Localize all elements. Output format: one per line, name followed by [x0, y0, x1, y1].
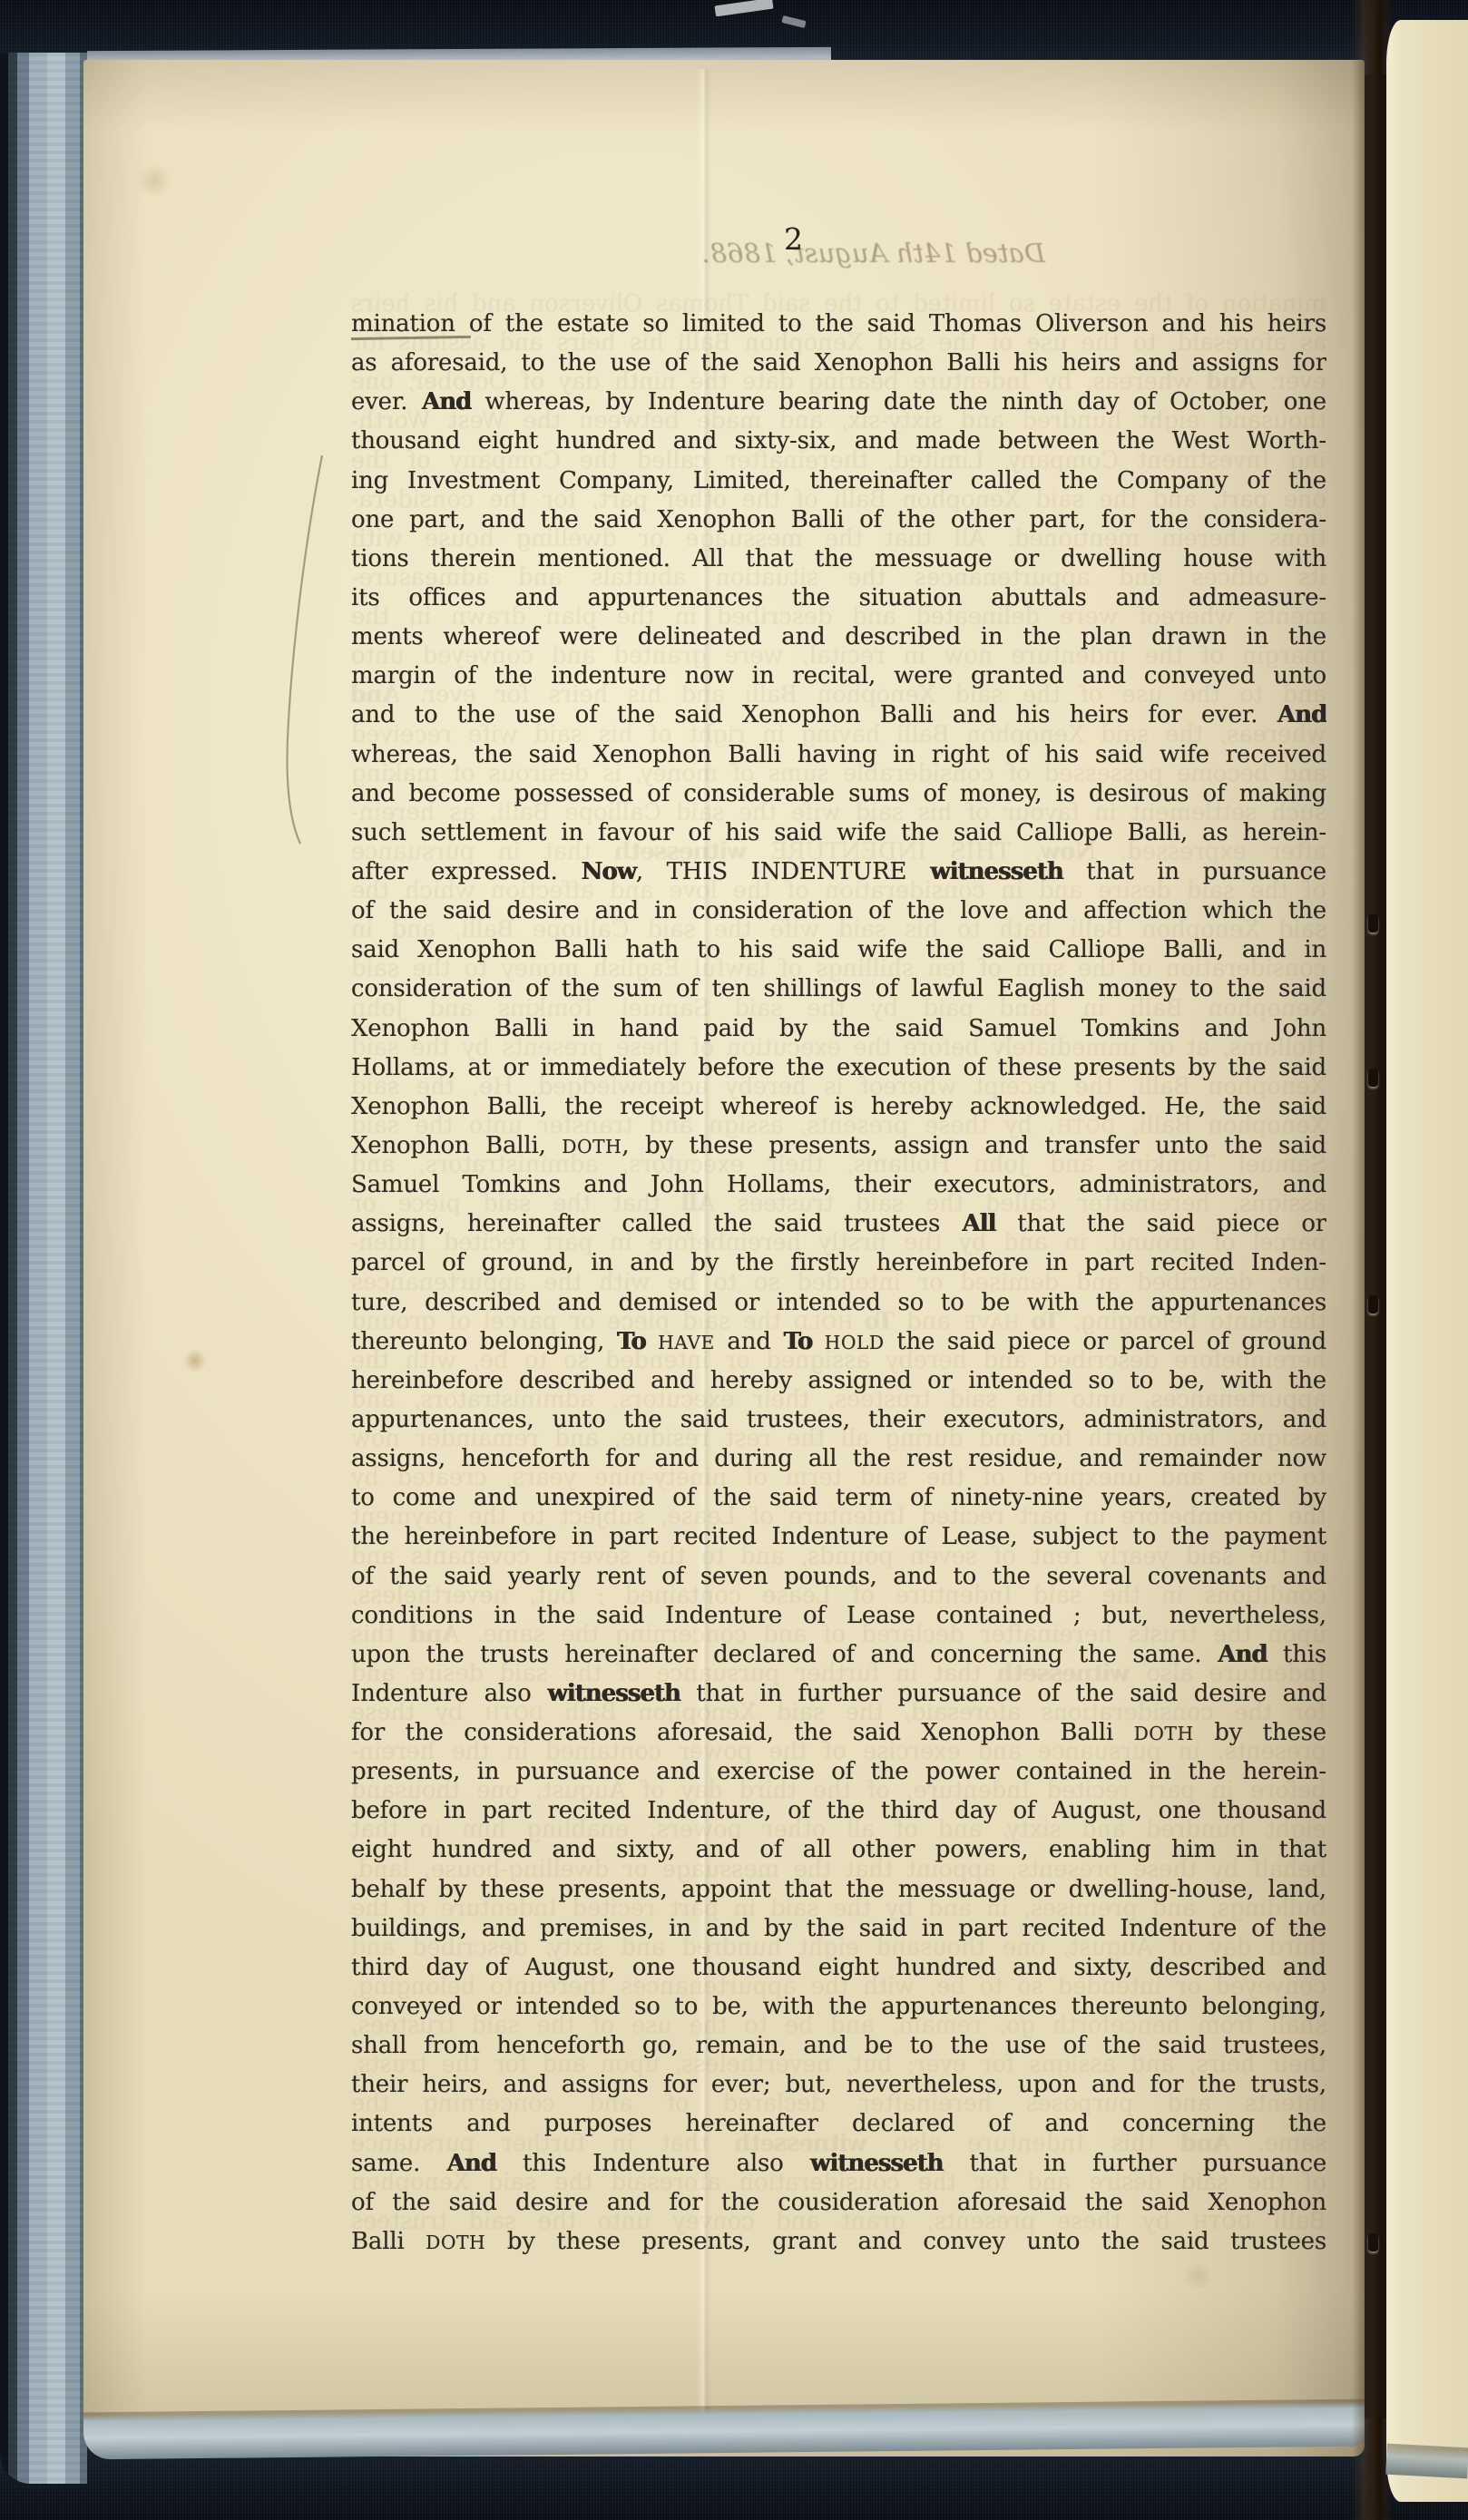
text-line: and to the use of the said Xenophon Ball…: [351, 696, 1326, 735]
text-line: before in part recited Indenture, of the…: [351, 1792, 1326, 1831]
text-line: its offices and appurtenances the situat…: [351, 579, 1326, 618]
page-edge-stack-left: [0, 53, 87, 2484]
text-line: third day of August, one thousand eight …: [351, 1949, 1326, 1988]
text-line: ever. And whereas, by Indenture bearing …: [351, 383, 1326, 422]
text-line: ments whereof were delineated and descri…: [351, 618, 1326, 657]
text-line: such settlement in favour of his said wi…: [351, 814, 1326, 853]
text-line: Hollams, at or immediately before the ex…: [351, 1049, 1326, 1088]
text-line: said Xenophon Balli hath to his said wif…: [351, 931, 1326, 970]
book-scan: Dated 14th August, 1868. 2 mination of t…: [0, 0, 1468, 2520]
paper-stain: [1179, 2264, 1216, 2288]
text-line: thereunto belonging, To HAVE and To HOLD…: [351, 1323, 1326, 1362]
text-line: conditions in the said Indenture of Leas…: [351, 1597, 1326, 1636]
text-line: margin of the indenture now in recital, …: [351, 657, 1326, 696]
text-line: Balli DOTH by these presents, grant and …: [351, 2222, 1326, 2261]
facing-page-sliver: [1386, 20, 1468, 2502]
text-line: to come and unexpired of the said term o…: [351, 1479, 1326, 1518]
document-page: Dated 14th August, 1868. 2 mination of t…: [83, 60, 1365, 2457]
text-line: thousand eight hundred and sixty-six, an…: [351, 422, 1326, 461]
text-line: one part, and the said Xenophon Balli of…: [351, 501, 1326, 540]
document-lines: mination of the estate so limited to the…: [351, 305, 1326, 2261]
text-line: same. And this Indenture also witnesseth…: [351, 2144, 1326, 2183]
text-line: consideration of the sum of ten shilling…: [351, 970, 1326, 1009]
text-line: appurtenances, unto the said trustees, t…: [351, 1401, 1326, 1440]
binding-stitch: [1368, 914, 1378, 933]
text-line: Samuel Tomkins and John Hollams, their e…: [351, 1166, 1326, 1205]
text-line: of the said desire and for the cousidera…: [351, 2183, 1326, 2222]
text-line: whereas, the said Xenophon Balli having …: [351, 736, 1326, 775]
text-line: ing Investment Company, Limited, therein…: [351, 462, 1326, 501]
page-bottom-edge: [83, 2406, 1365, 2457]
text-line: the hereinbefore in part recited Indentu…: [351, 1518, 1326, 1557]
text-line: Xenophon Balli, the receipt whereof is h…: [351, 1088, 1326, 1127]
text-line: of the said yearly rent of seven pounds,…: [351, 1558, 1326, 1597]
paper-stain: [181, 1350, 209, 1372]
binding-stitch: [1368, 1295, 1378, 1314]
showthrough-handwriting: Dated 14th August, 1868.: [700, 238, 1045, 269]
text-line: and become possessed of considerable sum…: [351, 775, 1326, 814]
text-line: hereinbefore described and hereby assign…: [351, 1362, 1326, 1401]
text-line: conveyed or intended so to be, with the …: [351, 1988, 1326, 2027]
text-line: ture, described and demised or intended …: [351, 1284, 1326, 1323]
text-line: parcel of ground, in and by the firstly …: [351, 1244, 1326, 1283]
text-line: shall from henceforth go, remain, and be…: [351, 2027, 1326, 2066]
text-line: their heirs, and assigns for ever; but, …: [351, 2066, 1326, 2105]
text-line: after expressed. Now, THIS INDENTURE wit…: [351, 853, 1326, 892]
text-line: intents and purposes hereinafter declare…: [351, 2105, 1326, 2144]
page-number: 2: [784, 221, 804, 257]
binding-stitch: [1368, 2233, 1378, 2251]
text-line: Indenture also witnesseth that in furthe…: [351, 1675, 1326, 1714]
text-line: mination of the estate so limited to the…: [351, 305, 1326, 344]
text-line: assigns, hereinafter called the said tru…: [351, 1205, 1326, 1244]
text-line: behalf by these presents, appoint that t…: [351, 1870, 1326, 1910]
text-line: of the said desire and in consideration …: [351, 892, 1326, 931]
text-line: tions therein mentioned. All that the me…: [351, 540, 1326, 579]
pencil-margin-mark: [269, 448, 378, 847]
text-line: presents, in pursuance and exercise of t…: [351, 1753, 1326, 1792]
text-line: upon the trusts hereinafter declared of …: [351, 1636, 1326, 1675]
text-line: buildings, and premises, in and by the s…: [351, 1910, 1326, 1949]
text-line: Xenophon Balli in hand paid by the said …: [351, 1010, 1326, 1049]
binding-stitch: [1368, 1069, 1378, 1087]
paper-stain: [134, 165, 174, 196]
text-line: as aforesaid, to the use of the said Xen…: [351, 344, 1326, 383]
text-line: for the considerations aforesaid, the sa…: [351, 1714, 1326, 1753]
text-line: Xenophon Balli, DOTH, by these presents,…: [351, 1127, 1326, 1166]
text-line: assigns, henceforth for and during all t…: [351, 1440, 1326, 1479]
text-line: eight hundred and sixty, and of all othe…: [351, 1831, 1326, 1870]
